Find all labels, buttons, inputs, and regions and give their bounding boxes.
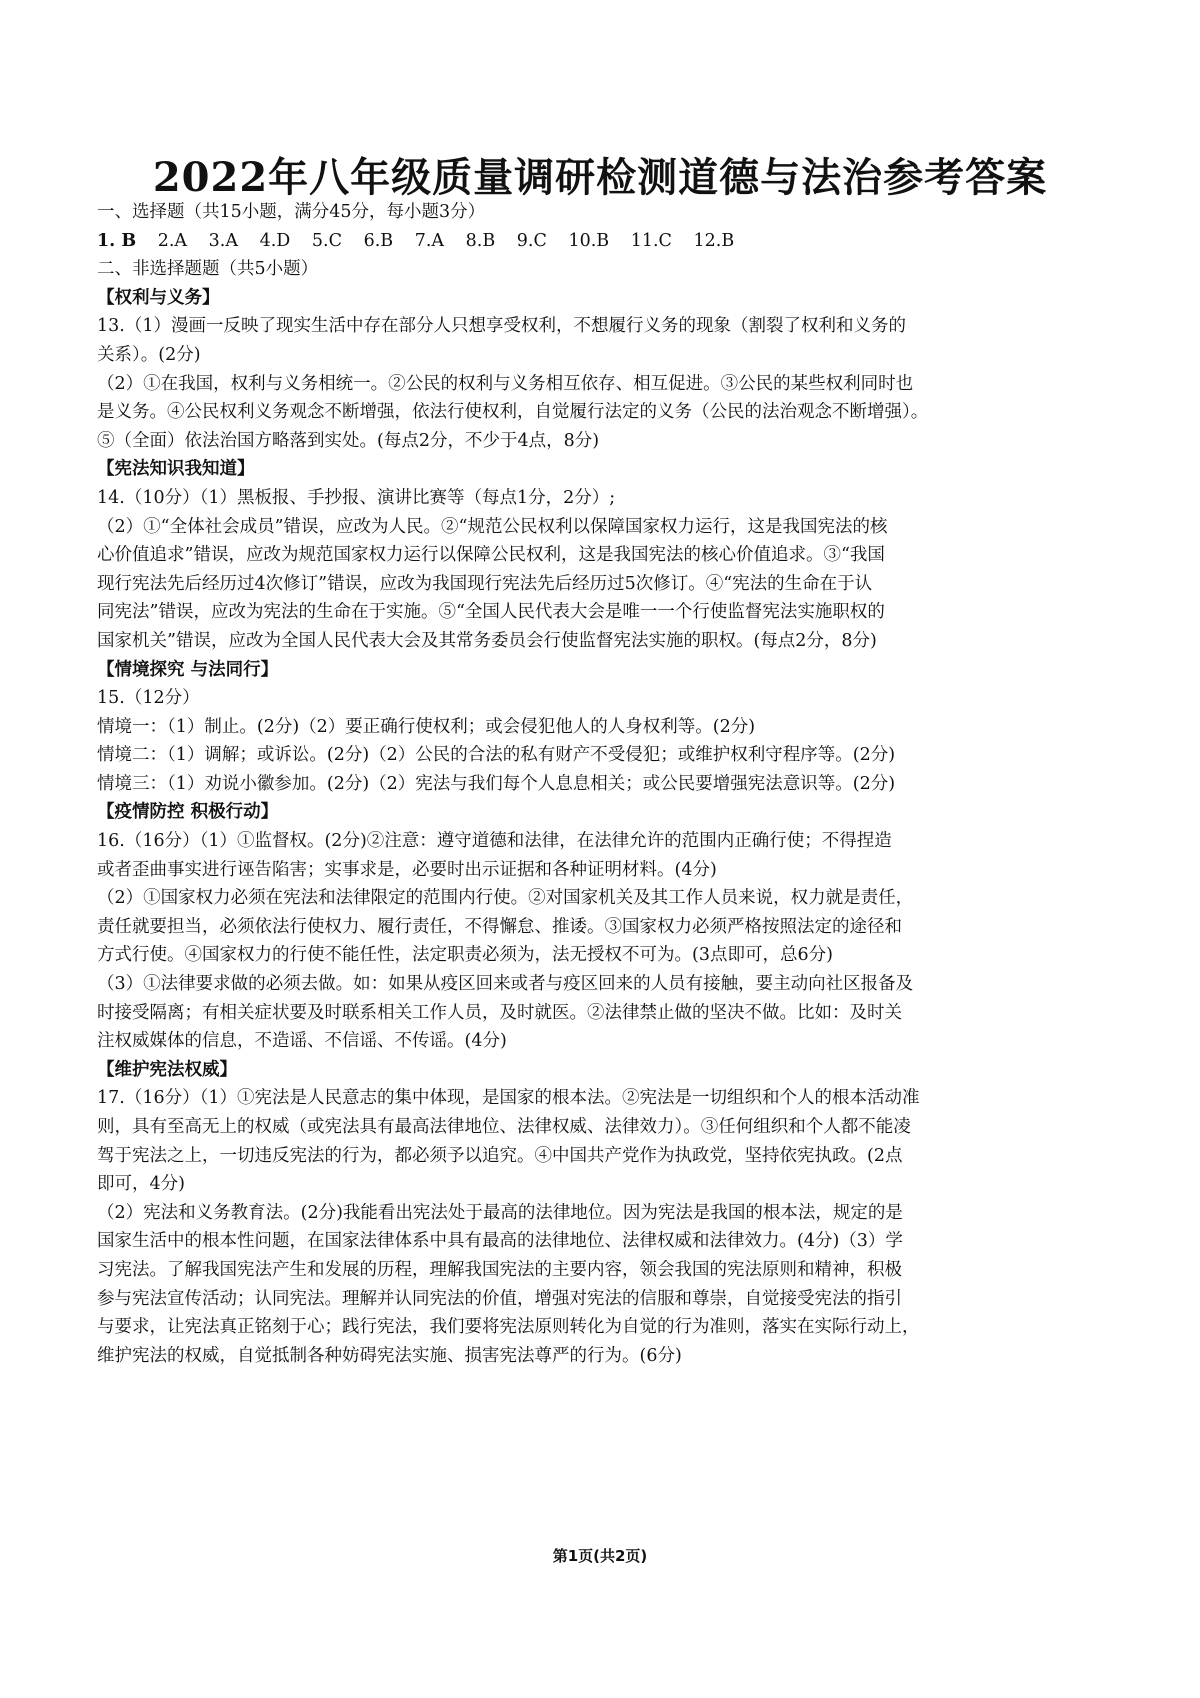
answer-2: 2.A [158, 231, 187, 251]
q17-line: 与要求，让宪法真正铭刻于心；践行宪法，我们要将宪法原则转化为自觉的行为准则，落实… [97, 1313, 1107, 1342]
section-heading-q15: 【情境探究 与法同行】 [97, 656, 1107, 685]
answer-10: 10.B [568, 231, 609, 251]
q16-line: （3）①法律要求做的必须去做。如：如果从疫区回来或者与疫区回来的人员有接触，要主… [97, 970, 1107, 999]
answer-3: 3.A [209, 231, 238, 251]
answer-11: 11.C [631, 231, 672, 251]
q16-line: 责任就要担当，必须依法行使权力、履行责任，不得懈怠、推诿。③国家权力必须严格按照… [97, 913, 1107, 942]
q17-line: 维护宪法的权威，自觉抵制各种妨碍宪法实施、损害宪法尊严的行为。(6分) [97, 1342, 1107, 1371]
answer-4: 4.D [260, 231, 291, 251]
q16-line: 方式行使。④国家权力的行使不能任性，法定职责必须为，法无授权不可为。(3点即可，… [97, 941, 1107, 970]
q17-line: （2）宪法和义务教育法。(2分)我能看出宪法处于最高的法律地位。因为宪法是我国的… [97, 1199, 1107, 1228]
section-heading-q16: 【疫情防控 积极行动】 [97, 798, 1107, 827]
section-heading-q14: 【宪法知识我知道】 [97, 455, 1107, 484]
answer-12: 12.B [694, 231, 735, 251]
section-heading-q13: 【权利与义务】 [97, 284, 1107, 313]
q16-line: （2）①国家权力必须在宪法和法律限定的范围内行使。②对国家机关及其工作人员来说，… [97, 884, 1107, 913]
q16-line: 时接受隔离；有相关症状要及时联系相关工作人员，及时就医。②法律禁止做的坚决不做。… [97, 999, 1107, 1028]
q13-line: ⑤（全面）依法治国方略落到实处。(每点2分，不少于4点，8分) [97, 427, 1107, 456]
q15-line: 情境三：（1）劝说小徽参加。(2分)（2）宪法与我们每个人息息相关；或公民要增强… [97, 770, 1107, 799]
q17-line: 驾于宪法之上，一切违反宪法的行为，都必须予以追究。④中国共产党作为执政党，坚持依… [97, 1142, 1107, 1171]
q14-line: 心价值追求”错误，应改为规范国家权力运行以保障公民权利，这是我国宪法的核心价值追… [97, 541, 1107, 570]
document-body: 一、选择题（共15小题，满分45分，每小题3分） 1. B 2.A 3.A 4.… [97, 198, 1107, 1370]
q17-line: 即可，4分) [97, 1170, 1107, 1199]
choice-answers: 1. B 2.A 3.A 4.D 5.C 6.B 7.A 8.B 9.C 10.… [97, 227, 1107, 256]
q15-line: 15.（12分） [97, 684, 1107, 713]
q17-line: 国家生活中的根本性问题，在国家法律体系中具有最高的法律地位、法律权威和法律效力。… [97, 1227, 1107, 1256]
q17-line: 习宪法。了解我国宪法产生和发展的历程，理解我国宪法的主要内容，领会我国的宪法原则… [97, 1256, 1107, 1285]
q14-line: 国家机关”错误，应改为全国人民代表大会及其常务委员会行使监督宪法实施的职权。(每… [97, 627, 1107, 656]
q15-line: 情境二：（1）调解；或诉讼。(2分)（2）公民的合法的私有财产不受侵犯；或维护权… [97, 741, 1107, 770]
q15-line: 情境一：（1）制止。(2分)（2）要正确行使权利；或会侵犯他人的人身权利等。(2… [97, 713, 1107, 742]
q17-line: 则，具有至高无上的权威（或宪法具有最高法律地位、法律权威、法律效力）。③任何组织… [97, 1113, 1107, 1142]
q17-line: 参与宪法宣传活动；认同宪法。理解并认同宪法的价值，增强对宪法的信服和尊崇，自觉接… [97, 1285, 1107, 1314]
page-number: 第1页(共2页) [0, 1545, 1200, 1566]
q16-line: 或者歪曲事实进行诬告陷害；实事求是，必要时出示证据和各种证明材料。(4分) [97, 856, 1107, 885]
q14-line: 现行宪法先后经历过4次修订”错误，应改为我国现行宪法先后经历过5次修订。④“宪法… [97, 570, 1107, 599]
part1-heading: 一、选择题（共15小题，满分45分，每小题3分） [97, 198, 1107, 227]
q17-line: 17.（16分）（1）①宪法是人民意志的集中体现，是国家的根本法。②宪法是一切组… [97, 1084, 1107, 1113]
answer-7: 7.A [415, 231, 444, 251]
q13-line: 13.（1）漫画一反映了现实生活中存在部分人只想享受权利，不想履行义务的现象（割… [97, 312, 1107, 341]
q16-line: 注权威媒体的信息，不造谣、不信谣、不传谣。(4分) [97, 1027, 1107, 1056]
document-title: 2022年八年级质量调研检测道德与法治参考答案 [0, 152, 1200, 204]
section-heading-q17: 【维护宪法权威】 [97, 1056, 1107, 1085]
q16-line: 16.（16分）（1）①监督权。(2分)②注意：遵守道德和法律，在法律允许的范围… [97, 827, 1107, 856]
answer-1: 1. B [97, 231, 136, 251]
document-page: 2022年八年级质量调研检测道德与法治参考答案 一、选择题（共15小题，满分45… [0, 0, 1200, 1698]
answer-9: 9.C [517, 231, 547, 251]
answer-5: 5.C [312, 231, 342, 251]
q14-line: 同宪法”错误，应改为宪法的生命在于实施。⑤“全国人民代表大会是唯一一个行使监督宪… [97, 598, 1107, 627]
answer-6: 6.B [364, 231, 394, 251]
q14-line: （2）①“全体社会成员”错误，应改为人民。②“规范公民权利以保障国家权力运行，这… [97, 513, 1107, 542]
q14-line: 14.（10分）（1）黑板报、手抄报、演讲比赛等（每点1分，2分）; [97, 484, 1107, 513]
part2-heading: 二、非选择题题（共5小题） [97, 255, 1107, 284]
q13-line: （2）①在我国，权利与义务相统一。②公民的权利与义务相互依存、相互促进。③公民的… [97, 370, 1107, 399]
answer-8: 8.B [466, 231, 496, 251]
q13-line: 是义务。④公民权利义务观念不断增强，依法行使权利，自觉履行法定的义务（公民的法治… [97, 398, 1107, 427]
q13-line: 关系）。(2分) [97, 341, 1107, 370]
